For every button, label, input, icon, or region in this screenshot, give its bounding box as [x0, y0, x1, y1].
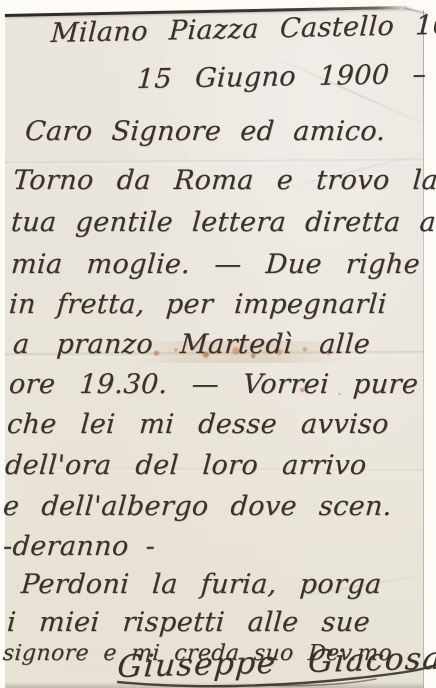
signature-underline-flourish: [108, 656, 436, 688]
closing-line: i miei rispetti alle sue: [6, 607, 371, 638]
body-line: tua gentile lettera diretta a: [10, 207, 436, 238]
body-line: e dell'albergo dove scen.: [2, 491, 393, 522]
body-line: in fretta, per impegnarli: [8, 289, 388, 320]
body-line: mia moglie. — Due righe: [10, 249, 421, 280]
body-line: dell'ora del loro arrivo: [4, 450, 368, 481]
body-line: Torno da Roma e trovo la: [12, 165, 436, 196]
body-line: a pranzo Martedì alle: [12, 329, 371, 360]
date-line: 15 Giugno 1900 –: [136, 59, 427, 95]
body-line: -deranno -: [2, 531, 156, 562]
handwritten-text: Milano Piazza Castello 16. 15 Giugno 190…: [0, 0, 436, 688]
body-line: ore 19.30. — Vorrei pure: [8, 369, 419, 400]
letter-scan: Milano Piazza Castello 16. 15 Giugno 190…: [0, 0, 436, 688]
body-line: che lei mi desse avviso: [6, 409, 390, 440]
address-line: Milano Piazza Castello 16.: [50, 9, 436, 49]
closing-line: Perdoni la furia, porga: [20, 569, 383, 600]
salutation-line: Caro Signore ed amico.: [24, 116, 387, 147]
